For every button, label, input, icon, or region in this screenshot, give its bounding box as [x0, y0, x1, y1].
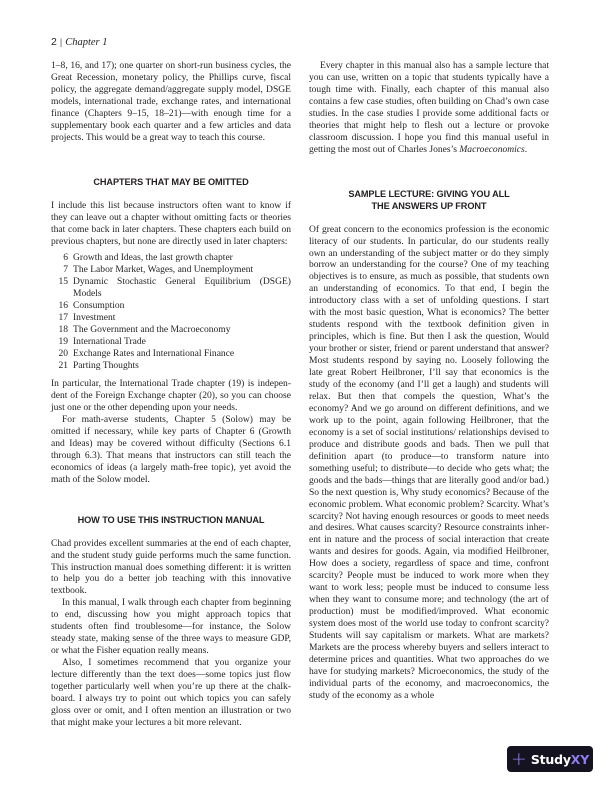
intro-paragraph: 1–8, 16, and 17); one quarter on short-r…	[51, 60, 291, 144]
chapter-number: 18	[51, 324, 73, 336]
chapter-list-item: 6Growth and Ideas, the last growth chapt…	[51, 252, 291, 264]
chapter-title: Investment	[73, 312, 291, 324]
plus-icon: +	[511, 750, 527, 769]
chapter-list-item: 19International Trade	[51, 336, 291, 348]
brand-name: StudyXY	[531, 752, 589, 767]
chapter-list-item: 18The Government and the Macroeconomy	[51, 324, 291, 336]
math-averse-paragraph: For math-averse students, Chapter 5 (Sol…	[51, 414, 291, 486]
omitted-intro-paragraph: I include this list because instructors …	[51, 200, 291, 248]
how-to-use-paragraph-2: In this manual, I walk through each chap…	[51, 597, 291, 657]
chapter-list-item: 7The Labor Market, Wages, and Unemployme…	[51, 264, 291, 276]
chapter-title: International Trade	[73, 336, 291, 348]
heading-line-2: THE ANSWERS UP FRONT	[309, 200, 549, 212]
chapter-title: Exchange Rates and International Finance	[73, 348, 291, 360]
section-heading-how-to-use: HOW TO USE THIS INSTRUCTION MANUAL	[51, 514, 291, 526]
chapter-number: 21	[51, 360, 73, 372]
chapter-list-item: 16Consumption	[51, 300, 291, 312]
chapter-list-item: 15Dynamic Stochastic General Equilibrium…	[51, 276, 291, 300]
omitted-chapter-list: 6Growth and Ideas, the last growth chapt…	[51, 252, 291, 372]
how-to-use-paragraph-1: Chad provides excellent summaries at the…	[51, 538, 291, 598]
right-column: Every chapter in this manual also has a …	[309, 60, 549, 702]
how-to-use-paragraph-3: Also, I sometimes recommend that you org…	[51, 657, 291, 729]
chapter-title: Consumption	[73, 300, 291, 312]
brand-main: Study	[531, 752, 571, 767]
sample-lecture-intro-paragraph: Every chapter in this manual also has a …	[309, 60, 549, 156]
brand-accent: XY	[571, 752, 589, 767]
chapter-number: 6	[51, 252, 73, 264]
document-page: 2|Chapter 1 1–8, 16, and 17); one quarte…	[0, 0, 612, 792]
chapter-title: Parting Thoughts	[73, 360, 291, 372]
chapter-number: 17	[51, 312, 73, 324]
studyxy-watermark-badge[interactable]: + StudyXY	[507, 746, 593, 772]
section-heading-chapters-omitted: CHAPTERS THAT MAY BE OMITTED	[51, 176, 291, 188]
paragraph-end: .	[525, 144, 527, 155]
chapter-title: Dynamic Stochastic General Equilibrium (…	[73, 276, 291, 300]
chapter-number: 15	[51, 276, 73, 300]
chapter-list-item: 17Investment	[51, 312, 291, 324]
trade-chapter-paragraph: In particular, the International Trade c…	[51, 378, 291, 414]
chapter-title: Growth and Ideas, the last growth chapte…	[73, 252, 291, 264]
running-head-separator: |	[60, 37, 62, 47]
sample-lecture-paragraph: Of great concern to the economics profes…	[309, 224, 549, 702]
chapter-number: 20	[51, 348, 73, 360]
section-heading-sample-lecture: SAMPLE LECTURE: GIVING YOU ALL THE ANSWE…	[309, 188, 549, 212]
running-head: 2|Chapter 1	[51, 36, 107, 48]
chapter-title: The Government and the Macroeconomy	[73, 324, 291, 336]
heading-line-1: SAMPLE LECTURE: GIVING YOU ALL	[309, 188, 549, 200]
chapter-list-item: 20Exchange Rates and International Finan…	[51, 348, 291, 360]
chapter-title: The Labor Market, Wages, and Unemploymen…	[73, 264, 291, 276]
chapter-list-item: 21Parting Thoughts	[51, 360, 291, 372]
book-title: Macroeconomics	[459, 144, 524, 155]
page-number: 2	[51, 36, 57, 48]
left-column: 1–8, 16, and 17); one quarter on short-r…	[51, 60, 291, 729]
chapter-title: Chapter 1	[65, 37, 107, 48]
chapter-number: 16	[51, 300, 73, 312]
paragraph-text: Every chapter in this manual also has a …	[309, 60, 549, 155]
chapter-number: 7	[51, 264, 73, 276]
chapter-number: 19	[51, 336, 73, 348]
